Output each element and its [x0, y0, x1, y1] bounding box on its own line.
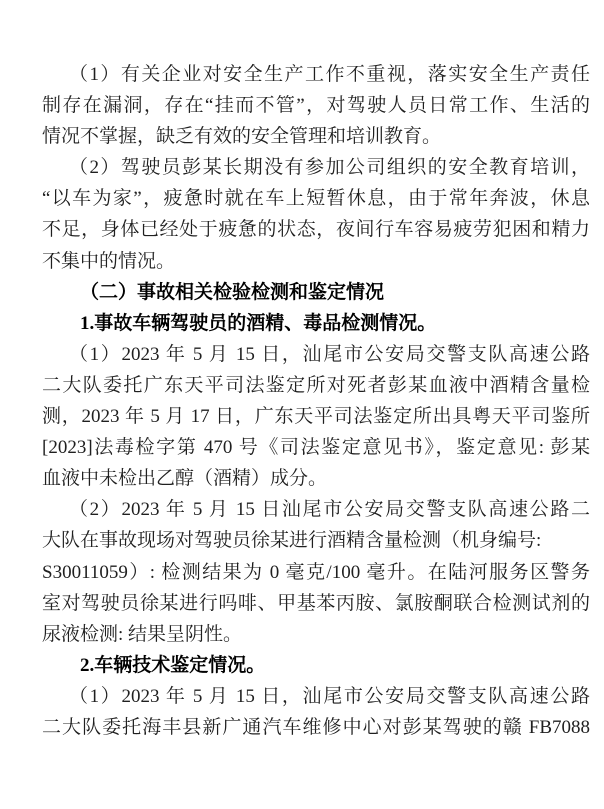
document-line: 血液中未检出乙醇（酒精）成分。	[42, 463, 590, 494]
document-line: （2）2023 年 5 月 15 日汕尾市公安局交警支队高速公路二	[42, 494, 590, 525]
document-line: S30011059）: 检测结果为 0 毫克/100 毫升。在陆河服务区警务	[42, 557, 590, 588]
section-heading: （二）事故相关检验检测和鉴定情况	[42, 277, 590, 308]
document-line: 大队在事故现场对驾驶员徐某进行酒精含量检测（机身编号:	[42, 525, 590, 556]
document-line: 室对驾驶员徐某进行吗啡、甲基苯丙胺、氯胺酮联合检测试剂的	[42, 588, 590, 619]
document-line: [2023]法毒检字第 470 号《司法鉴定意见书》，鉴定意见: 彭某	[42, 432, 590, 463]
document-line: （2）驾驶员彭某长期没有参加公司组织的安全教育培训，	[42, 152, 590, 183]
document-line: 不集中的情况。	[42, 246, 590, 277]
document-line: 二大队委托海丰县新广通汽车维修中心对彭某驾驶的赣 FB7088	[42, 712, 590, 743]
document-line: 二大队委托广东天平司法鉴定所对死者彭某血液中酒精含量检	[42, 370, 590, 401]
document-line: “以车为家”，疲惫时就在车上短暂休息，由于常年奔波，休息	[42, 183, 590, 214]
document-line: （1）有关企业对安全生产工作不重视，落实安全生产责任	[42, 59, 590, 90]
document-page: （1）有关企业对安全生产工作不重视，落实安全生产责任 制存在漏洞，存在“挂而不管…	[0, 0, 604, 809]
document-line: 尿液检测: 结果呈阴性。	[42, 619, 590, 650]
sub-heading: 2.车辆技术鉴定情况。	[42, 650, 590, 681]
document-line: （1）2023 年 5 月 15 日，汕尾市公安局交警支队高速公路	[42, 681, 590, 712]
document-line: 测，2023 年 5 月 17 日，广东天平司法鉴定所出具粤天平司鉴所	[42, 401, 590, 432]
document-line: （1）2023 年 5 月 15 日，汕尾市公安局交警支队高速公路	[42, 339, 590, 370]
document-line: 不足，身体已经处于疲惫的状态，夜间行车容易疲劳犯困和精力	[42, 214, 590, 245]
document-line: 制存在漏洞，存在“挂而不管”，对驾驶人员日常工作、生活的	[42, 90, 590, 121]
document-line: 情况不掌握，缺乏有效的安全管理和培训教育。	[42, 121, 590, 152]
sub-heading: 1.事故车辆驾驶员的酒精、毒品检测情况。	[42, 308, 590, 339]
